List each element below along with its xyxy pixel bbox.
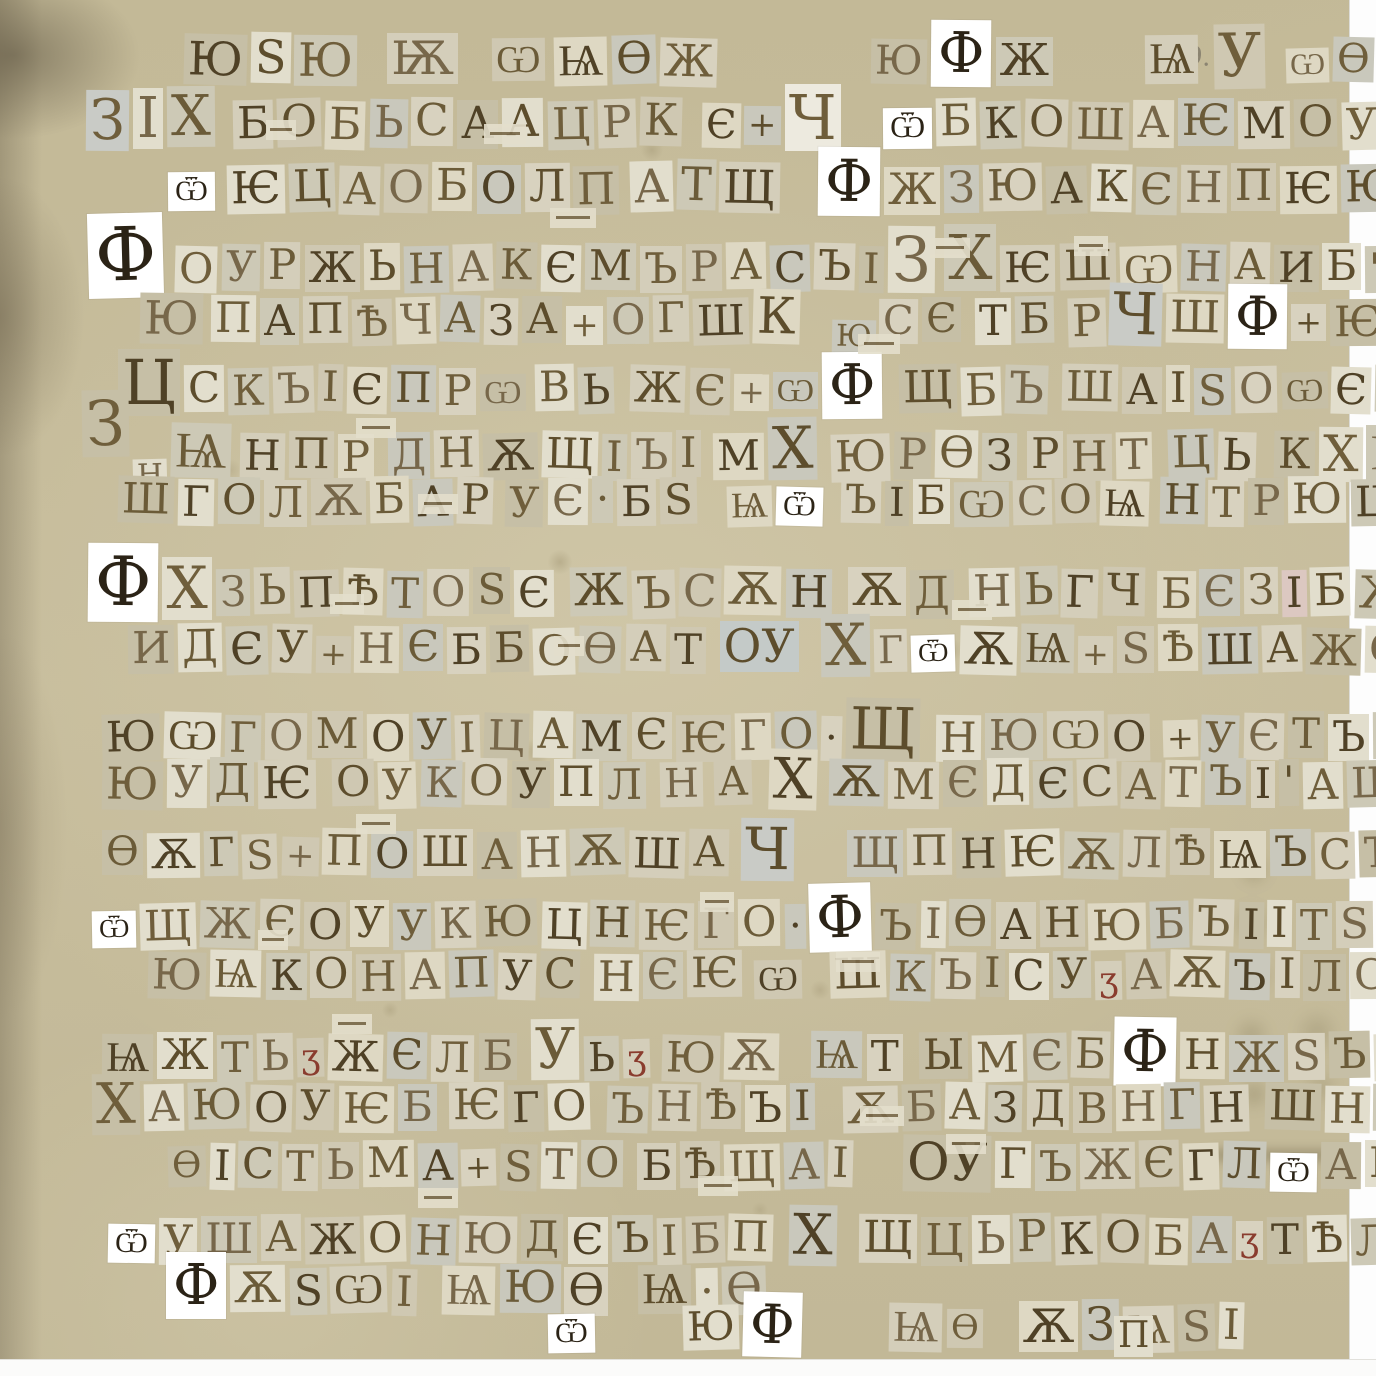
letter-patch: Ь (1019, 566, 1058, 616)
letter-patch: Ц (547, 101, 594, 151)
letter-patch: Ч (1102, 567, 1145, 617)
letter-patch: А (944, 1081, 985, 1129)
titlo-mark (698, 1176, 738, 1196)
letter-patch: О (304, 902, 347, 949)
letter-patch: + (281, 837, 318, 877)
letter-patch: + (744, 106, 781, 145)
text-line-10: ИДЄУ+НЄББОѲАТОУХГѾѪѨ+ЅѢШАЖЄБѨ (126, 612, 1376, 675)
letter-patch: Ѣ (352, 299, 393, 347)
letter-patch: І (1281, 570, 1306, 617)
letter-patch: Г (508, 1085, 545, 1132)
letter-patch: Ѳ (947, 1309, 983, 1348)
letter-patch: Ѡ (1285, 47, 1329, 83)
letter-patch: Ѕ (1117, 626, 1154, 673)
letter-patch: Ю (1340, 163, 1376, 212)
letter-patch: Ѥ (687, 950, 743, 997)
letter-patch: + (566, 306, 603, 345)
letter-patch: Ь (254, 567, 291, 614)
letter-patch: В (535, 364, 575, 411)
letter-patch: А (688, 829, 729, 877)
letter-patch: Р (439, 368, 475, 415)
letter-patch: Б (901, 1083, 941, 1131)
letter-patch: Є (1136, 167, 1178, 216)
scan-edge-bottom (0, 1359, 1376, 1376)
letter-patch: Ѥ (258, 760, 316, 809)
letter-patch: Б (637, 1143, 676, 1190)
letter-patch: Ш (1072, 102, 1130, 151)
text-line-5: ЮПАПѢЧАЗА+ОГШКЮСЄТБРЧШФ+ѤХ (138, 282, 1376, 348)
letter-patch: Ъ (1229, 953, 1271, 1001)
letter-patch: Ц (541, 901, 587, 949)
letter-patch: А (1133, 100, 1174, 148)
letter-patch: Ю (140, 292, 204, 344)
letter-patch: Ю (830, 433, 891, 482)
letter-patch: І (1238, 902, 1263, 949)
letter-patch: Ѫ (569, 827, 625, 875)
letter-patch: Л (1223, 1140, 1267, 1188)
letter-patch: Ѡ (954, 482, 1009, 527)
letter-patch: А (1192, 1216, 1232, 1263)
letter-patch: Н (1204, 1084, 1250, 1132)
letter-patch: Д (178, 623, 223, 673)
letter-patch: К (1090, 163, 1133, 212)
letter-patch: З (944, 165, 979, 213)
whitebox-letter: Ѿ (776, 486, 824, 526)
letter-patch: Н (434, 430, 479, 478)
letter-patch: Ѩ (726, 485, 772, 527)
letter-patch: Г (1061, 569, 1099, 619)
titlo-mark (550, 208, 596, 228)
letter-patch: · (592, 476, 613, 523)
letter-patch: А (1122, 367, 1162, 414)
letter-patch: Ѣ (1158, 624, 1198, 671)
letter-patch: Ю (983, 162, 1043, 211)
letter-patch: Щ (898, 363, 957, 413)
letter-patch: Ѫ (147, 833, 200, 878)
letter-patch: Л (602, 762, 645, 809)
letter-patch: Ѳ (935, 430, 979, 479)
letter-patch: І (827, 1140, 853, 1187)
letter-patch: К (1274, 431, 1315, 479)
letter-patch: П (907, 828, 952, 875)
letter-patch: Ч (785, 84, 841, 151)
letter-patch: Ѥ (1178, 98, 1235, 146)
letter-patch: Ѡ (480, 374, 526, 411)
letter-patch: Х (92, 1074, 140, 1136)
letter-patch: А (714, 760, 753, 806)
letter-patch: Ю (1088, 902, 1147, 950)
letter-patch: Г (178, 479, 215, 526)
whitebox-letter: Ѿ (883, 108, 933, 149)
titlo-mark (418, 1188, 458, 1208)
letter-patch: Ѳ (102, 830, 143, 875)
letter-patch: І (885, 481, 909, 526)
letter-patch: Ѥ (338, 1086, 394, 1133)
letter-patch: М (362, 1140, 413, 1187)
letter-patch: С (238, 1141, 279, 1189)
letter-patch: Є (1365, 626, 1376, 674)
letter-patch: Ъ (1035, 1144, 1076, 1191)
letter-patch: Щ (140, 902, 197, 950)
letter-patch: Ш (117, 475, 174, 523)
whitebox-letter: Ф (818, 147, 881, 217)
letter-patch: С (1012, 480, 1051, 525)
letter-patch: Б (490, 625, 530, 672)
letter-patch: У (1052, 951, 1091, 998)
letter-patch: Ш (1350, 479, 1376, 527)
letter-patch: Ѫ (482, 432, 538, 480)
letter-patch: З (982, 433, 1017, 481)
letter-patch: Т (541, 1142, 578, 1189)
letter-patch: Ь (322, 1142, 358, 1189)
letter-patch: Ж (996, 37, 1053, 86)
letter-patch: Ю (479, 898, 538, 946)
letter-patch: Б (398, 1084, 437, 1131)
letter-patch: К (639, 96, 682, 146)
letter-patch: Ѭ (387, 33, 458, 84)
letter-patch: О (384, 164, 429, 214)
text-line-6: ЦСКЪІЄПРѠВЬЖЄ+ѠФЩБЪШАІЅОѠЄУЮМЪ+ (116, 348, 1376, 418)
letter-patch: Ѳ (1332, 36, 1374, 82)
letter-patch: Х (167, 86, 215, 148)
letter-patch: Є (1331, 366, 1372, 414)
letter-patch: Т (1296, 903, 1332, 950)
letter-patch: Р (1013, 1213, 1051, 1263)
letter-patch: Ъ (841, 478, 882, 523)
letter-patch: А (625, 624, 666, 672)
letter-patch: Н (1039, 900, 1084, 947)
letter-patch: С (540, 951, 581, 999)
titlo-mark (258, 930, 288, 950)
letter-patch: П (554, 759, 599, 806)
letter-patch: Є (346, 367, 387, 415)
letter-patch: П (211, 295, 256, 342)
letter-patch: О (1100, 1213, 1145, 1263)
letter-patch: Н (521, 830, 566, 878)
letter-patch: Ъ (1269, 829, 1311, 876)
letter-patch: Ш (417, 829, 473, 876)
letter-patch: Л (1303, 954, 1346, 1001)
letter-patch: Ъ (1193, 898, 1236, 946)
titlo-mark (554, 636, 584, 656)
letter-patch: К (265, 953, 306, 1000)
letter-patch: Ь (1218, 432, 1257, 482)
letter-patch: Ѡ (754, 960, 803, 1000)
letter-patch: Б (960, 366, 1002, 416)
letter-patch: М (1238, 101, 1290, 149)
letter-patch: І (980, 950, 1005, 997)
letter-patch: Ѩ (889, 1303, 943, 1353)
letter-patch: А (143, 1084, 184, 1132)
letter-patch: У (505, 480, 544, 527)
letter-patch: С (184, 365, 225, 412)
letter-patch: Ъ (745, 1085, 786, 1132)
letter-patch: Ж (884, 167, 940, 215)
letter-patch: Ю (682, 1304, 739, 1350)
whitebox-letter: Ф (822, 352, 883, 420)
letter-patch: Т (1116, 432, 1153, 479)
letter-patch: Ѕ (289, 1268, 327, 1315)
letter-patch: О (1235, 366, 1278, 414)
letter-patch: О (249, 1084, 293, 1132)
letter-patch: О (310, 951, 352, 998)
letter-patch: О (1055, 477, 1097, 523)
letter-patch: Ѥ (1330, 299, 1376, 346)
letter-patch: С (411, 97, 453, 146)
letter-patch: Д (1026, 1083, 1069, 1130)
letter-patch: + (1078, 636, 1113, 673)
letter-patch: Є (1199, 569, 1239, 616)
letter-patch: Ѳ (611, 34, 656, 84)
letter-patch: Ѡ (492, 38, 545, 81)
letter-patch: А (629, 160, 673, 212)
letter-patch: Є (922, 297, 961, 342)
letter-patch: Щ (847, 830, 903, 877)
titlo-mark (266, 120, 296, 140)
letter-patch: Ѣ (1307, 1215, 1348, 1263)
letter-patch: З (86, 90, 129, 151)
bottom-stray-line: П (1112, 1316, 1155, 1357)
letter-patch: З (484, 298, 519, 345)
letter-patch: Ѡ (330, 1265, 388, 1313)
letter-patch: Ъ (1205, 758, 1247, 805)
letter-patch: А (1046, 165, 1088, 214)
letter-patch: Ѩ (811, 1031, 863, 1078)
letter-patch: І (318, 364, 344, 411)
letter-patch: К (979, 100, 1022, 149)
letter-patch: П (289, 431, 334, 478)
letter-patch: Н (356, 954, 401, 1001)
letter-patch: Н (1067, 434, 1112, 481)
letter-patch: С (1077, 758, 1118, 806)
letter-patch: Ш (1346, 759, 1376, 807)
letter-patch: Ѳ (579, 625, 623, 673)
letter-patch: · (784, 904, 805, 949)
letter-patch: Ѥ (1004, 828, 1061, 876)
titlo-mark (1074, 236, 1108, 256)
letter-patch: Г (1183, 1143, 1220, 1191)
titlo-mark (332, 1014, 372, 1034)
letter-patch: У (378, 762, 418, 810)
letter-patch: Ѫ (311, 478, 367, 525)
letter-patch: І (1267, 900, 1292, 947)
text-line-1: ЮЅЮѬѠѨѲЖЮФЖѨУѠѲ (182, 22, 1376, 89)
letter-patch: А (477, 832, 517, 879)
letter-patch: І (676, 430, 701, 477)
letter-patch: Ѩ (1366, 425, 1376, 480)
letter-patch: Б (325, 100, 367, 150)
letter-patch: Ѕ (1178, 1304, 1216, 1352)
titlo-mark (952, 600, 992, 620)
letter-patch: Ю (147, 951, 206, 999)
letter-patch: Ь (971, 1215, 1009, 1264)
letter-patch: Н (1181, 165, 1227, 213)
letter-patch: Л (264, 480, 307, 527)
letter-patch: А (405, 952, 446, 1000)
letter-patch: Т (676, 159, 716, 211)
letter-patch: У (166, 759, 206, 808)
letter-patch: Ѳ (949, 899, 992, 946)
letter-patch: К (889, 953, 931, 1001)
letter-patch: Ѥ (449, 1082, 505, 1129)
letter-patch: Ѩ (1100, 480, 1150, 526)
letter-patch: Л (1350, 1217, 1376, 1265)
letter-patch: ' (1279, 759, 1299, 806)
text-line-18: ѲІСТЬМА+ЅТОБѢЩАІОУГЪЖЄГЛѾАШІʒОУѠ (166, 1134, 1376, 1191)
letter-patch: З (1243, 567, 1278, 614)
letter-patch: Б (1310, 566, 1352, 616)
letter-patch: Ю (187, 1081, 246, 1129)
whitebox-letter: Ф (808, 882, 872, 953)
titlo-mark (330, 594, 364, 614)
letter-patch: ʒ (1236, 1221, 1263, 1260)
letter-patch: О (738, 899, 781, 946)
letter-patch: Ѩ (1214, 831, 1265, 878)
letter-patch: Ѫ (724, 566, 782, 616)
letter-patch: Ж (200, 900, 256, 948)
titlo-mark (356, 814, 396, 834)
letter-patch: Н (354, 626, 399, 673)
letter-patch: У (271, 623, 312, 673)
whitebox-letter: Ѿ (92, 911, 137, 948)
letter-patch: Т (1165, 760, 1202, 807)
titlo-mark (860, 1106, 904, 1126)
letter-patch: Ю (183, 33, 247, 86)
letter-patch: Т (1267, 1217, 1303, 1264)
letter-patch: А (440, 294, 481, 342)
letter-patch: О (331, 759, 374, 807)
letter-patch: Н (240, 433, 285, 481)
letter-patch: Щ (719, 161, 780, 213)
letter-patch: Ѫ (848, 567, 905, 616)
letter-patch: Н (1159, 477, 1204, 525)
letter-patch: І (1219, 1302, 1245, 1349)
letter-patch: І (1251, 761, 1276, 808)
text-line-12: ЮУДѤОУКОУПЛНАХѪМЄДЄСАТЪІ'АШЄЮ (100, 748, 1376, 809)
letter-patch: Ъ (272, 365, 315, 413)
letter-patch: Є (1139, 1140, 1180, 1188)
letter-patch: О (1024, 98, 1069, 147)
letter-patch: Ю (294, 35, 357, 86)
letter-patch: Н (590, 900, 635, 948)
text-line-3: ѾѤЦАОБОЛПАТЩФЖЗЮАКЄНПѤЮБЛЮХ (166, 148, 1376, 217)
letter-patch: Ш (1062, 364, 1119, 412)
titlo-mark (484, 124, 526, 144)
letter-patch: І (920, 901, 945, 948)
letter-patch: О (1350, 952, 1376, 999)
letter-patch: Р (1027, 431, 1063, 478)
letter-patch: К (435, 901, 476, 949)
letter-patch: М (712, 433, 763, 480)
text-line-8: ШГОЛѪБАРУЄ·БЅѨѾЪІБѠСОѨНТРЮШѲѾ (116, 478, 1376, 526)
letter-patch: Ж (1305, 627, 1361, 675)
letter-patch: Ѩ (554, 37, 608, 87)
letter-patch: У (296, 1083, 335, 1130)
letter-patch: Ъ (934, 952, 976, 1000)
letter-patch: У (497, 953, 537, 1001)
letter-patch: Б (432, 162, 473, 211)
letter-patch: І (209, 1143, 235, 1190)
whitebox-letter: Ѿ (168, 172, 215, 211)
letter-patch: Є (701, 103, 740, 148)
letter-patch: Ѫ (1063, 831, 1119, 879)
letter-patch: Ю (871, 39, 928, 85)
letter-patch: Л (524, 163, 569, 212)
letter-patch: Є (403, 624, 443, 671)
letter-patch: Т (974, 298, 1010, 345)
letter-patch: Ш (1202, 627, 1259, 675)
letter-patch: С (1315, 832, 1356, 880)
letter-patch: Г (203, 831, 238, 876)
letter-patch: З (216, 569, 251, 616)
letter-patch: Ѣ (700, 1082, 740, 1129)
letter-patch: Ъ (1359, 829, 1376, 877)
letter-patch: Б (1150, 900, 1190, 948)
text-line-7: ЗНѨНПРДНѪЩІЪІМХЮРѲЗРНТЦЬКХѨ (80, 414, 1376, 481)
letter-patch: Ъ (630, 432, 672, 479)
letter-patch: Ѩ (170, 422, 231, 479)
letter-patch: У (350, 900, 388, 947)
letter-patch: Н (652, 1084, 697, 1132)
letter-patch: У (511, 761, 550, 808)
letter-patch: Т (1208, 480, 1244, 527)
letter-patch: Є (689, 368, 730, 416)
letter-patch: Н (594, 954, 639, 1001)
letter-patch: Ѕ (660, 477, 698, 524)
letter-patch: Ш (1365, 1140, 1376, 1187)
letter-patch: Ь (578, 367, 616, 415)
letter-patch: + (734, 374, 769, 411)
whitebox-letter: Ф (88, 543, 159, 623)
letter-patch: І (133, 88, 163, 149)
manuscript-page: 9. ЮЅЮѬѠѨѲЖЮФЖѨУѠѲЗІХБОБЬСААЦРКЄ+ЧѾБКОША… (0, 0, 1376, 1376)
letter-patch: Ѫ (230, 1265, 286, 1312)
letter-patch: Г (995, 1141, 1031, 1188)
letter-patch: У (1214, 24, 1266, 90)
letter-patch: Ц (288, 162, 336, 212)
letter-patch: П (1114, 1316, 1153, 1357)
whitebox-letter: Ѿ (911, 634, 956, 672)
letter-patch: Х (768, 748, 817, 810)
letter-patch: Н (659, 762, 703, 808)
letter-patch: Ч (395, 296, 437, 344)
letter-patch: Є (548, 478, 589, 525)
letter-patch: Щ (859, 1214, 918, 1263)
letter-patch: Ѩ (1145, 35, 1199, 84)
letter-patch: Л (1123, 830, 1167, 878)
letter-patch: О (427, 569, 470, 616)
letter-patch: Ж (659, 37, 718, 87)
titlo-mark (356, 418, 396, 438)
letter-patch: Т (669, 627, 705, 674)
letter-patch: Ч (740, 818, 793, 882)
letter-patch: Ю (1288, 476, 1347, 523)
letter-patch: + (1291, 304, 1326, 341)
letter-patch: К (228, 368, 269, 416)
letter-patch: О (371, 831, 414, 878)
letter-patch: Ѕ (473, 567, 510, 614)
letter-patch: О (1294, 99, 1338, 148)
titlo-mark (836, 952, 880, 972)
letter-patch: П (1231, 163, 1277, 211)
text-line-17: ХАЮОУѤБѤГОЪНѢЪІѪБАЗДВНГНШНѨ+Ѩ (90, 1072, 1376, 1133)
letter-patch: Ъ (875, 902, 918, 950)
letter-patch: Ш (628, 830, 685, 878)
letter-patch: Ж (630, 364, 686, 412)
letter-patch: Д (388, 432, 431, 479)
letter-patch: С (1009, 953, 1049, 1000)
letter-patch: О (581, 1140, 624, 1187)
